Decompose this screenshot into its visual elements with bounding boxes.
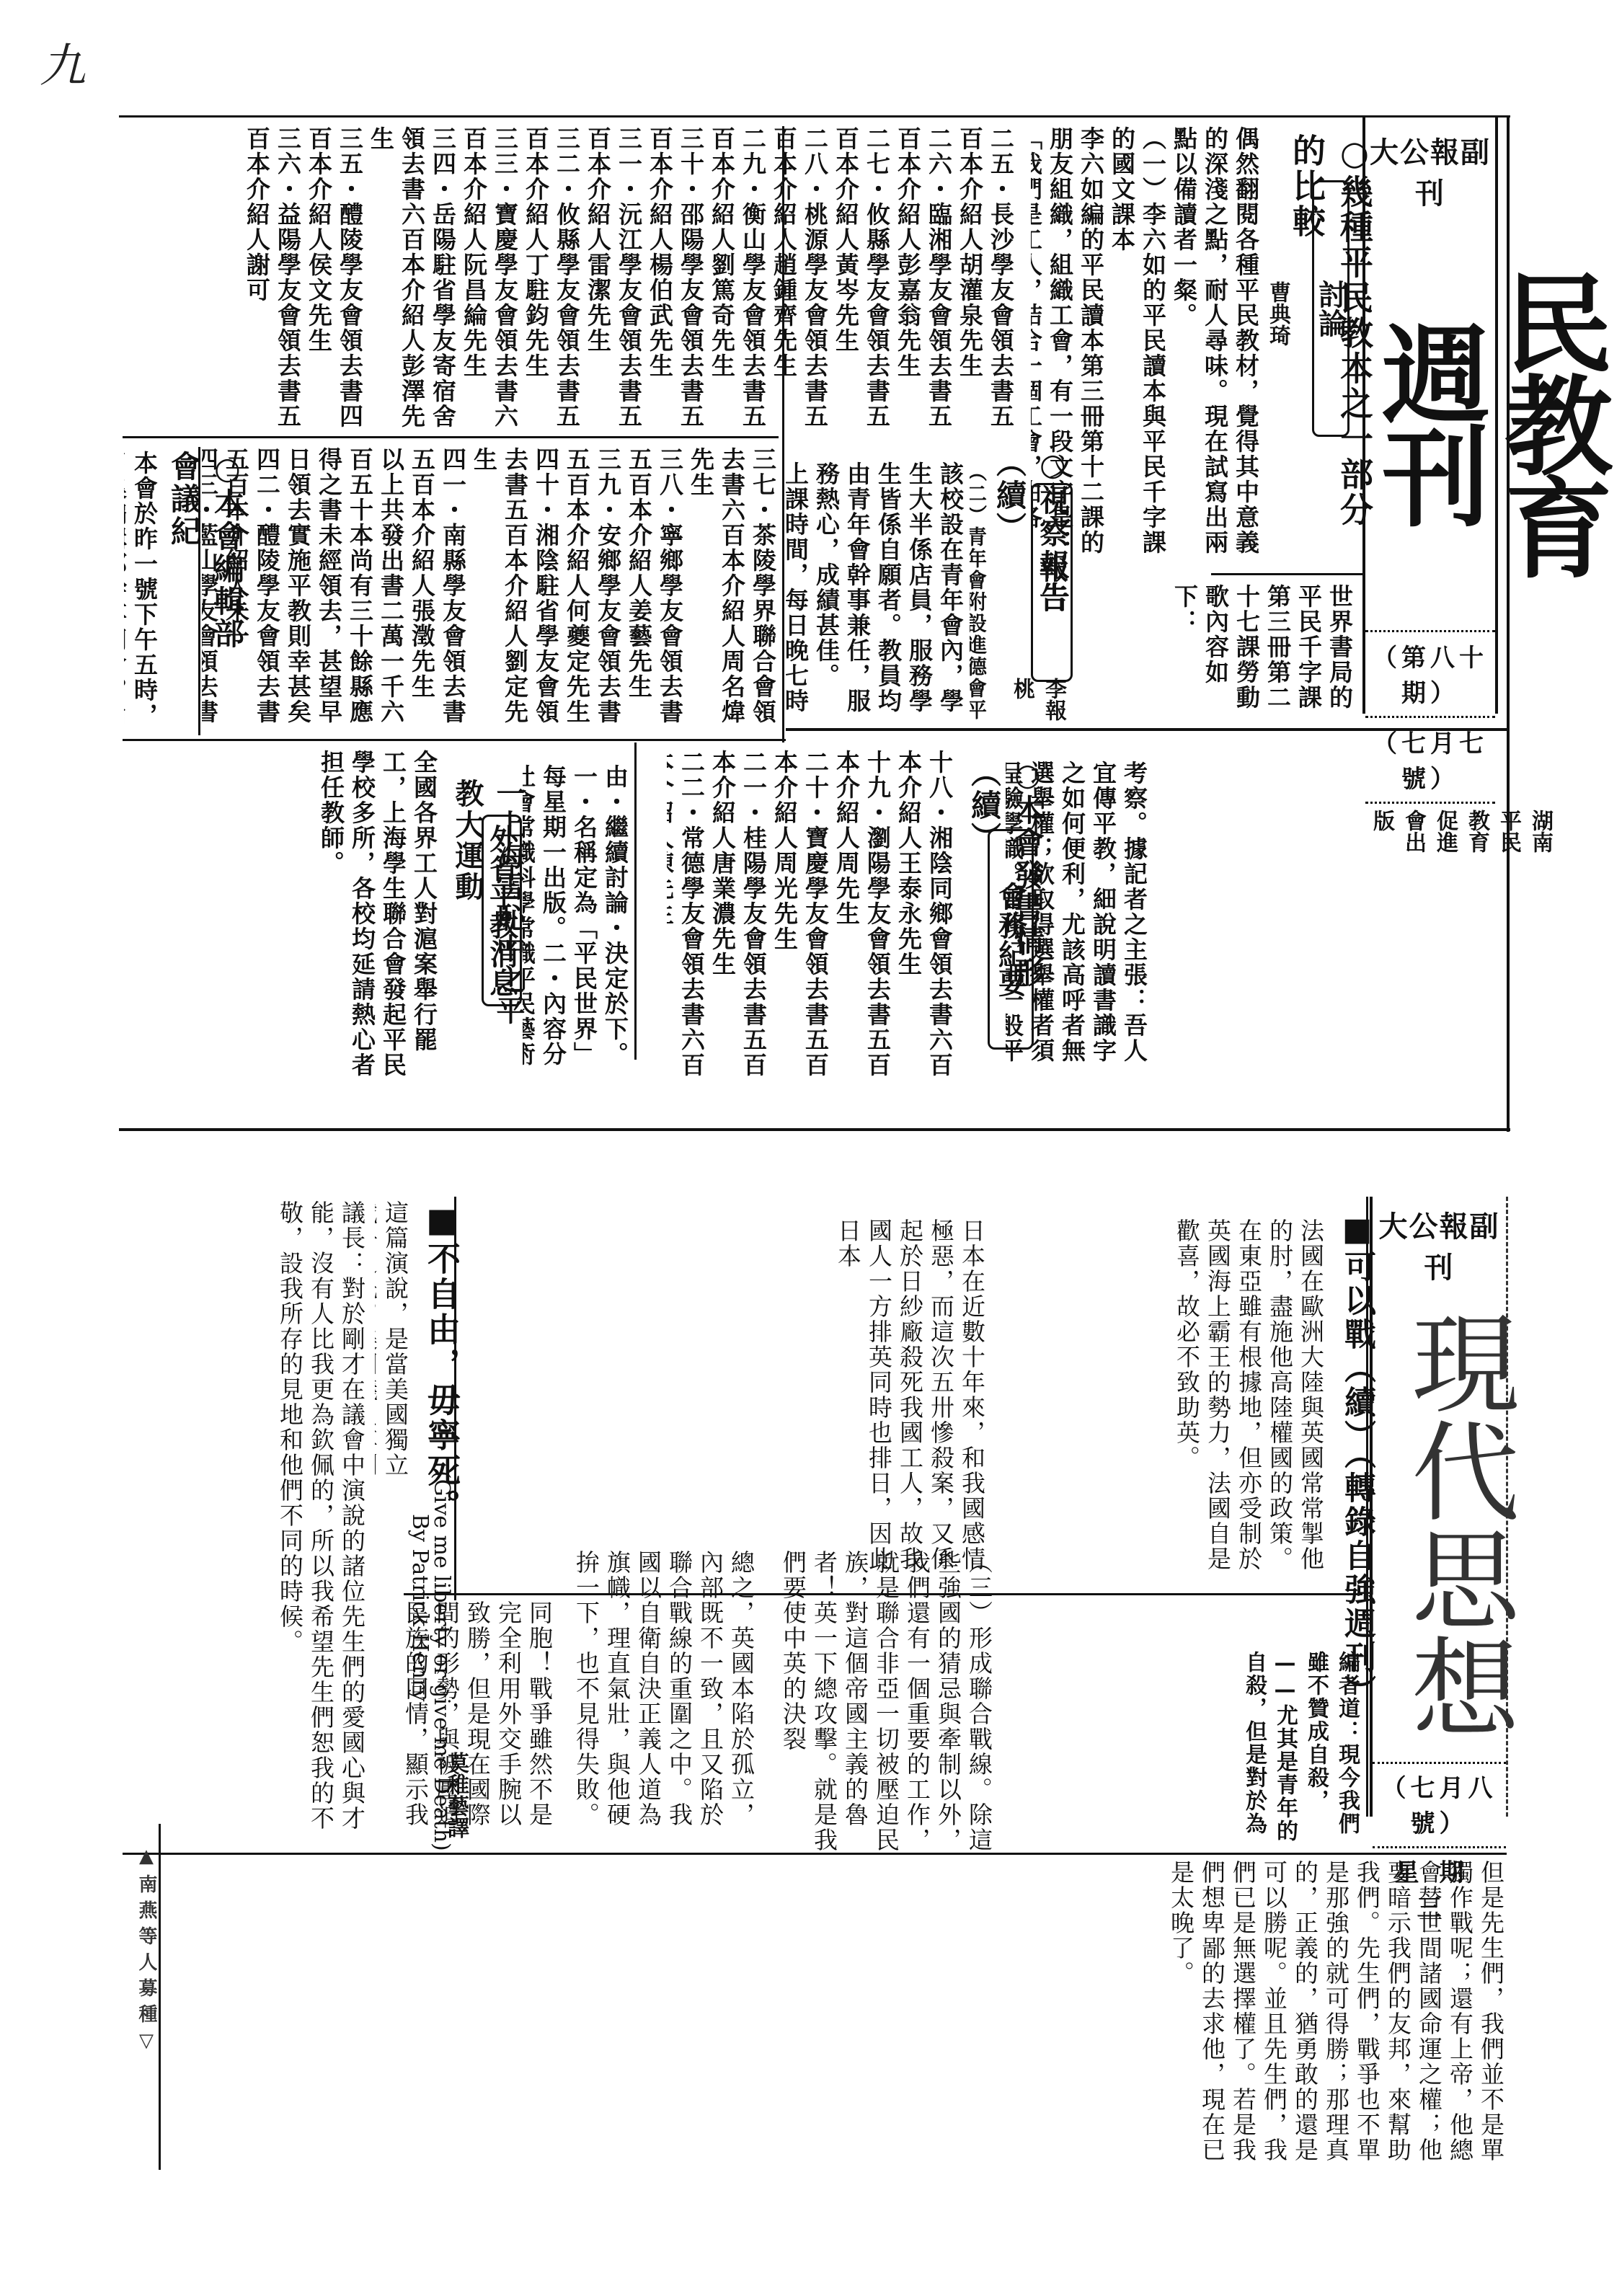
rule [123,739,786,741]
list-item: 以上共發出書二萬一千六百五十本尚有三十餘縣應得之書未經領去，甚望早日領去實施平教… [283,447,407,735]
outside-news-headline: 一上海雪恥中之平教大運動 [447,779,529,1052]
liberty-byline: By Patrick Henry [407,1514,433,1730]
war-article-title: ■可以戰（續）（轉錄自強週刊） [1334,1211,1380,1773]
column-rule [782,126,784,743]
wavy-divider [1373,1755,1506,1764]
war-article-body-2: 日本在近數十年來，和我國感情極惡，而這次五卅慘殺案，又係起於日紗廠殺死我國工人，… [649,1218,988,1593]
list-item: 三二・攸縣學友會領去書五百本介紹人丁駐鈞先生 [520,126,582,429]
war-article-body-3: （三）形成聯合戰線。除這些強國的猜忌與牽制以外，我們還有一個重要的工作，就是聯合… [764,1550,995,1853]
affairs-book-list: 十八・湘陰同鄉會領去書六百本介紹人王泰永先生 十九・瀏陽學友會領去書五百本介紹人… [667,750,955,1081]
outside-news-body-2: 全國各界工人對滬案舉行罷工，上海學生聯合會發起平民學校多所，各校均延請熱心者担任… [310,750,440,1089]
list-item: 二十・寶慶學友會領去書五百本介紹人周光先生 [769,750,831,1081]
rule [1211,573,1362,575]
top-border [119,115,1510,118]
wavy-divider [1365,794,1495,804]
rule [123,1853,1507,1855]
list-item: 二六・臨湘學友會領去書五百本介紹人彭嘉翁先生 [892,126,954,429]
book-distribution-list: 二五・長沙學友會領去書五百本介紹人胡灌泉先生 二六・臨湘學友會領去書五百本介紹人… [123,126,1016,429]
masthead-2: 大公報副刊 現代思想 （七月八號） 星期三 [1370,1197,1508,1817]
issue-date: （七月七號） [1365,724,1495,794]
page-number-mark: 九 [40,29,86,95]
list-item: 三十・邵陽學友會領去書五百本介紹人楊伯武先生 [644,126,706,429]
discussion-section-box: 討論 [1312,180,1350,437]
rule [123,436,779,438]
paragraph: 偶然翻閱各種平民教材，覺得其中意義的深淺之點，耐人尋味。現在試寫出兩點以備讀者一… [1169,126,1262,559]
masthead-bottom-rule [786,728,1507,731]
list-item: 二七・攸縣學友會領去書五百本介紹人黃岑先生 [830,126,892,429]
masthead: 大公報副刊 湖南平民教育週刊 （第八十期） （七月七號） 湖南平民教育促進會出版 [1362,115,1498,714]
wavy-divider [1373,1839,1506,1848]
column-rule [454,1197,456,1600]
liberty-translator: 莫稚藝譯 [440,1752,471,1845]
column-rule [1366,1197,1368,1817]
report-body: 該校設在青年會內，學生大半係店員，服務學生皆係自願者。教員均由青年會幹事兼任，服… [786,461,966,728]
list-item: 二五・長沙學友會領去書五百本介紹人胡灌泉先生 [954,126,1016,429]
list-item: 三八・寧鄉學友會領去書五百本介紹人姜藝先生 [624,447,686,735]
editorial-meeting-body: 本會於昨一號下午五時，召集編輯部幹事開會。由周方報告本會擬發行第二種平民週刊之理… [124,451,160,739]
wavy-divider [1365,623,1495,632]
war-article-body-4: 總之，英國本陷於孤立，內部既不一致，且又陷於聯合戰線的重圍之中。我國以自衛自決正… [562,1550,757,1845]
list-item: 三九・安鄉學友會領去書五百本介紹人何夔定先生 [562,447,624,735]
liberty-body-2: 但是先生們，我們並不是單獨作戰呢；還有上帝，他總會替世間諸國命運之權；他要暗示我… [166,1860,1507,2170]
paragraph: 該校設在青年會內，學生大半係店員，服務學生皆係自願者。教員均由青年會幹事兼任，服… [811,461,966,728]
column-rule [634,743,637,1060]
paragraph: （一）李六如的平民讀本與平民千字課的國文課本 [1107,126,1169,559]
outside-news-body: 由・繼續討論・決定於下。一・名稱定為「平民世界」每星期一出版。二・內容分社會常識… [523,764,631,1067]
report-section-box: 報告 [1031,483,1073,682]
list-item: 三三・寶慶學友會領去書六百本介紹人阮昌綸先生 [458,126,520,429]
war-article-body-1: 法國在歐洲大陸與英國常常掣他的肘，盡施他高陸權國的政策。在東亞雖有根據地，但亦受… [995,1218,1326,1593]
issue-number: （第八十期） [1365,638,1495,709]
report-author: 李報桃 [1006,678,1069,735]
bottom-margin-note: ▲南燕等人募種▽ [133,1845,160,2148]
list-item: 三一・沅江學友會領去書五百本介紹人雷潔先生 [582,126,644,429]
list-item: 三五・醴陵學友會領去書四百本介紹人侯文先生 [303,126,365,429]
book-distribution-list-2: 三七・茶陵學界聯合會領去書六百本介紹人周名煒先生 三八・寧鄉學友會領去書五百本介… [202,447,779,735]
list-item: 四十・湘陰駐省學友會領去書五百本介紹人劉定先生 [469,447,562,735]
liberty-body-1: 議長：對於剛才在議會中演說的諸位先生們的愛國心與才能，沒有人比我更為欽佩的，所以… [123,1200,368,1835]
paragraph: 上課時間，每日晚七時至八時半，課本以平民千字課為主。學生多為成年人，學業頗有進步… [786,461,811,728]
masthead-title: 湖南平民教育週刊 [1365,219,1622,623]
list-item: 三六・益陽學友會領去書五百本介紹人謝可 [241,126,303,429]
report-subtitle: （二）青年會附設進德會平校： [970,461,991,721]
list-item: 二八・桃源學友會領去書五百本介紹人趙鍾齊先生 [768,126,830,429]
wavy-divider [1365,709,1495,718]
list-item: 三七・茶陵學界聯合會領去書六百本介紹人周名煒先生 [686,447,779,735]
liberty-intro: 這篇演說，是當美國獨立戰爭之先，美國議員享利在維幾尼亞議會中演說的。 [375,1200,411,1481]
masthead-paper-name: 大公報副刊 [1365,130,1495,212]
masthead-2-paper-name: 大公報副刊 [1373,1204,1506,1286]
list-item: 十九・瀏陽學友會領去書五百本介紹人周先生 [831,750,893,1081]
editorial-meeting-title: ○本會編輯部會議紀 [162,451,249,681]
masthead-2-title: 現代思想 [1373,1293,1538,1755]
masthead-2-date: （七月八號） [1373,1768,1506,1839]
list-item: 三四・岳陽駐省學友寄宿舍領去書六百本介紹人彭澤先生 [365,126,458,429]
paragraph: 世界書局的平民千字課第三冊第二十七課勞動歌內容如下： [1169,584,1355,721]
list-item: 二二・常德學友會領去書六百本介紹人陳先生 [667,750,707,1081]
discussion-body-continued: 世界書局的平民千字課第三冊第二十七課勞動歌內容如下： [1038,584,1355,721]
list-item: 二一・桂陽學友會領去書五百本介紹人唐業濃先生 [707,750,769,1081]
discussion-author: 曹典琦 [1262,281,1293,382]
top-half-bottom-border [119,1128,1510,1131]
publisher: 湖南平民教育促進會出版 [1365,810,1556,867]
list-item: 四一・南縣學友會領去書五百本介紹人張澂先生 [407,447,469,735]
list-item: 二九・衡山學友會領去書五百本介紹人劉篤奇先生 [706,126,768,429]
affairs-title: ○本會發書情形（續） [962,757,1049,1031]
list-item: 十八・湘陰同鄉會領去書六百本介紹人王泰永先生 [893,750,955,1081]
